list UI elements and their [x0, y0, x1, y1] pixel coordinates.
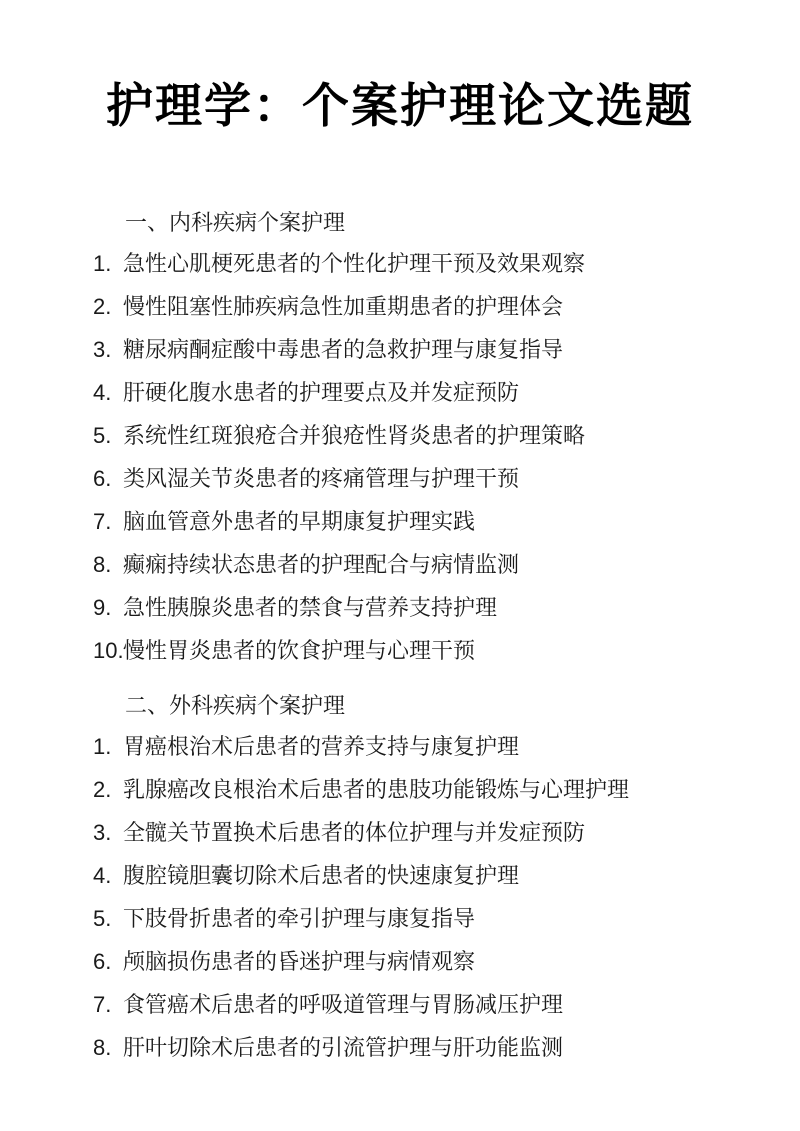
- section-heading: 二、外科疾病个案护理: [125, 694, 800, 717]
- section-heading: 一、内科疾病个案护理: [125, 211, 800, 234]
- item-text: 下肢骨折患者的牵引护理与康复指导: [123, 907, 800, 930]
- item-number: 8.: [93, 1036, 123, 1059]
- item-text: 颅脑损伤患者的昏迷护理与病情观察: [123, 950, 800, 973]
- list-item: 2. 乳腺癌改良根治术后患者的患肢功能锻炼与心理护理: [93, 778, 800, 801]
- item-text: 慢性胃炎患者的饮食护理与心理干预: [123, 639, 800, 662]
- list-item: 4. 腹腔镜胆囊切除术后患者的快速康复护理: [93, 864, 800, 887]
- item-text: 肝硬化腹水患者的护理要点及并发症预防: [123, 381, 800, 404]
- list-item: 3. 糖尿病酮症酸中毒患者的急救护理与康复指导: [93, 338, 800, 361]
- list-item: 1. 胃癌根治术后患者的营养支持与康复护理: [93, 735, 800, 758]
- item-number: 9.: [93, 596, 123, 619]
- item-number: 1.: [93, 735, 123, 758]
- item-number: 5.: [93, 907, 123, 930]
- document-page: 护理学：个案护理论文选题 一、内科疾病个案护理 1. 急性心肌梗死患者的个性化护…: [0, 0, 800, 1131]
- list-item: 8. 癫痫持续状态患者的护理配合与病情监测: [93, 553, 800, 576]
- list-item: 6. 类风湿关节炎患者的疼痛管理与护理干预: [93, 467, 800, 490]
- sections-container: 一、内科疾病个案护理 1. 急性心肌梗死患者的个性化护理干预及效果观察 2. 慢…: [0, 211, 800, 1059]
- item-number: 3.: [93, 338, 123, 361]
- item-number: 5.: [93, 424, 123, 447]
- topic-list: 1. 胃癌根治术后患者的营养支持与康复护理 2. 乳腺癌改良根治术后患者的患肢功…: [0, 735, 800, 1059]
- item-text: 腹腔镜胆囊切除术后患者的快速康复护理: [123, 864, 800, 887]
- item-number: 4.: [93, 864, 123, 887]
- list-item: 5. 系统性红斑狼疮合并狼疮性肾炎患者的护理策略: [93, 424, 800, 447]
- item-number: 10.: [93, 639, 123, 662]
- list-item: 1. 急性心肌梗死患者的个性化护理干预及效果观察: [93, 252, 800, 275]
- item-text: 慢性阻塞性肺疾病急性加重期患者的护理体会: [123, 295, 800, 318]
- topic-section: 一、内科疾病个案护理 1. 急性心肌梗死患者的个性化护理干预及效果观察 2. 慢…: [0, 211, 800, 662]
- item-number: 1.: [93, 252, 123, 275]
- item-text: 肝叶切除术后患者的引流管护理与肝功能监测: [123, 1036, 800, 1059]
- list-item: 9. 急性胰腺炎患者的禁食与营养支持护理: [93, 596, 800, 619]
- item-number: 2.: [93, 778, 123, 801]
- list-item: 6. 颅脑损伤患者的昏迷护理与病情观察: [93, 950, 800, 973]
- topic-list: 1. 急性心肌梗死患者的个性化护理干预及效果观察 2. 慢性阻塞性肺疾病急性加重…: [0, 252, 800, 662]
- item-text: 脑血管意外患者的早期康复护理实践: [123, 510, 800, 533]
- item-number: 8.: [93, 553, 123, 576]
- item-number: 6.: [93, 950, 123, 973]
- item-text: 急性心肌梗死患者的个性化护理干预及效果观察: [123, 252, 800, 275]
- page-title: 护理学：个案护理论文选题: [0, 78, 800, 137]
- list-item: 7. 食管癌术后患者的呼吸道管理与胃肠减压护理: [93, 993, 800, 1016]
- item-text: 系统性红斑狼疮合并狼疮性肾炎患者的护理策略: [123, 424, 800, 447]
- item-text: 全髋关节置换术后患者的体位护理与并发症预防: [123, 821, 800, 844]
- list-item: 8. 肝叶切除术后患者的引流管护理与肝功能监测: [93, 1036, 800, 1059]
- item-number: 6.: [93, 467, 123, 490]
- item-number: 2.: [93, 295, 123, 318]
- list-item: 10. 慢性胃炎患者的饮食护理与心理干预: [93, 639, 800, 662]
- item-number: 7.: [93, 993, 123, 1016]
- item-number: 3.: [93, 821, 123, 844]
- list-item: 3. 全髋关节置换术后患者的体位护理与并发症预防: [93, 821, 800, 844]
- item-text: 类风湿关节炎患者的疼痛管理与护理干预: [123, 467, 800, 490]
- item-text: 乳腺癌改良根治术后患者的患肢功能锻炼与心理护理: [123, 778, 800, 801]
- item-text: 急性胰腺炎患者的禁食与营养支持护理: [123, 596, 800, 619]
- item-text: 癫痫持续状态患者的护理配合与病情监测: [123, 553, 800, 576]
- topic-section: 二、外科疾病个案护理 1. 胃癌根治术后患者的营养支持与康复护理 2. 乳腺癌改…: [0, 694, 800, 1059]
- list-item: 4. 肝硬化腹水患者的护理要点及并发症预防: [93, 381, 800, 404]
- item-text: 糖尿病酮症酸中毒患者的急救护理与康复指导: [123, 338, 800, 361]
- item-number: 4.: [93, 381, 123, 404]
- item-text: 食管癌术后患者的呼吸道管理与胃肠减压护理: [123, 993, 800, 1016]
- item-number: 7.: [93, 510, 123, 533]
- item-text: 胃癌根治术后患者的营养支持与康复护理: [123, 735, 800, 758]
- list-item: 5. 下肢骨折患者的牵引护理与康复指导: [93, 907, 800, 930]
- list-item: 2. 慢性阻塞性肺疾病急性加重期患者的护理体会: [93, 295, 800, 318]
- list-item: 7. 脑血管意外患者的早期康复护理实践: [93, 510, 800, 533]
